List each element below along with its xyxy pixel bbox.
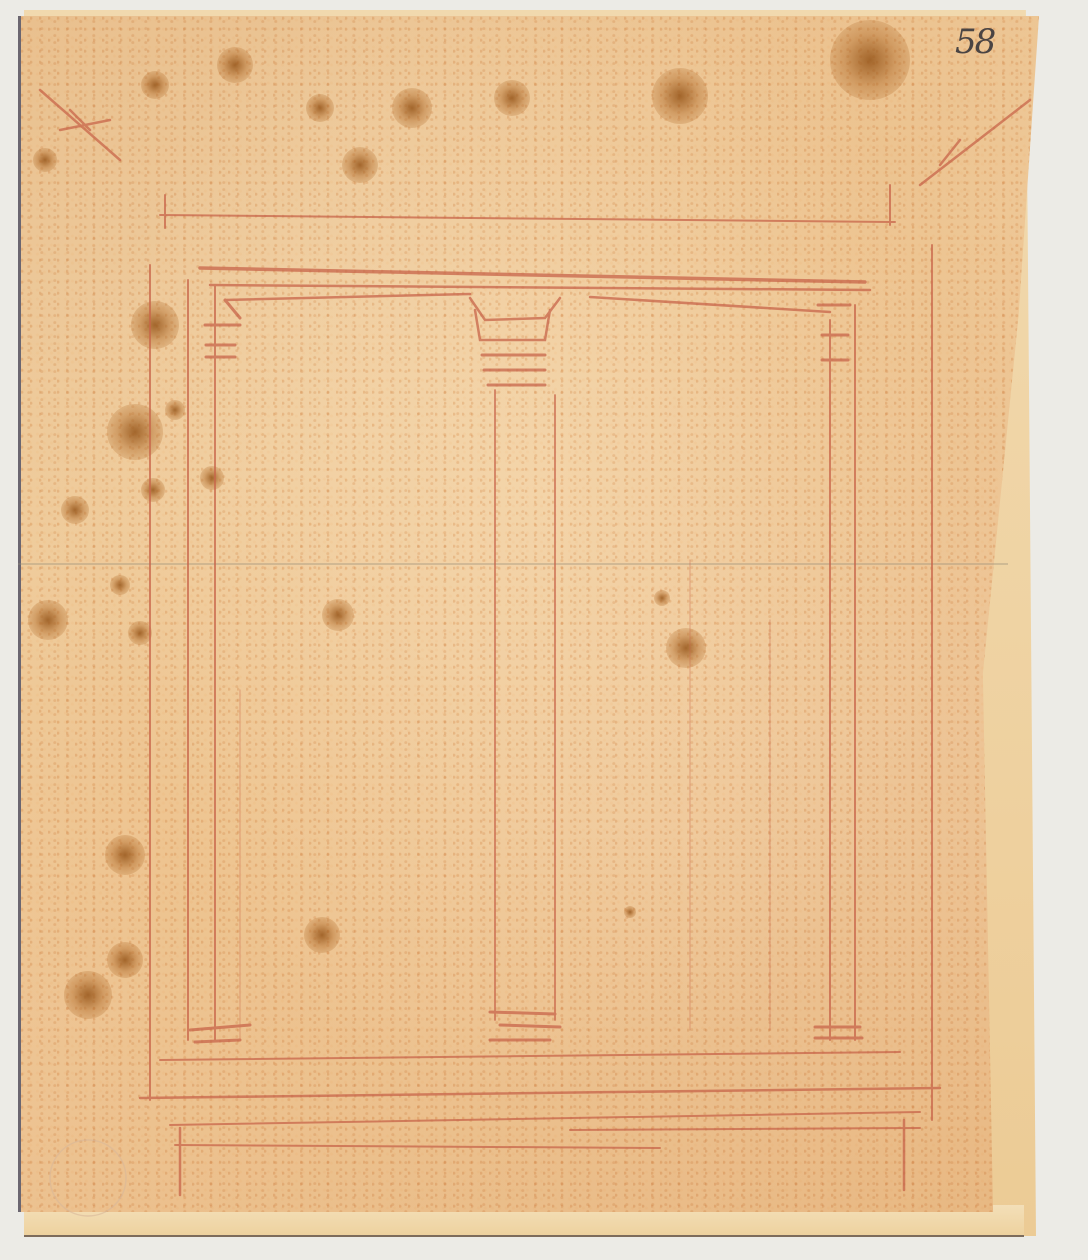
page-number-annotation: 58 bbox=[955, 22, 994, 62]
red-chalk-drawing bbox=[0, 0, 1088, 1260]
